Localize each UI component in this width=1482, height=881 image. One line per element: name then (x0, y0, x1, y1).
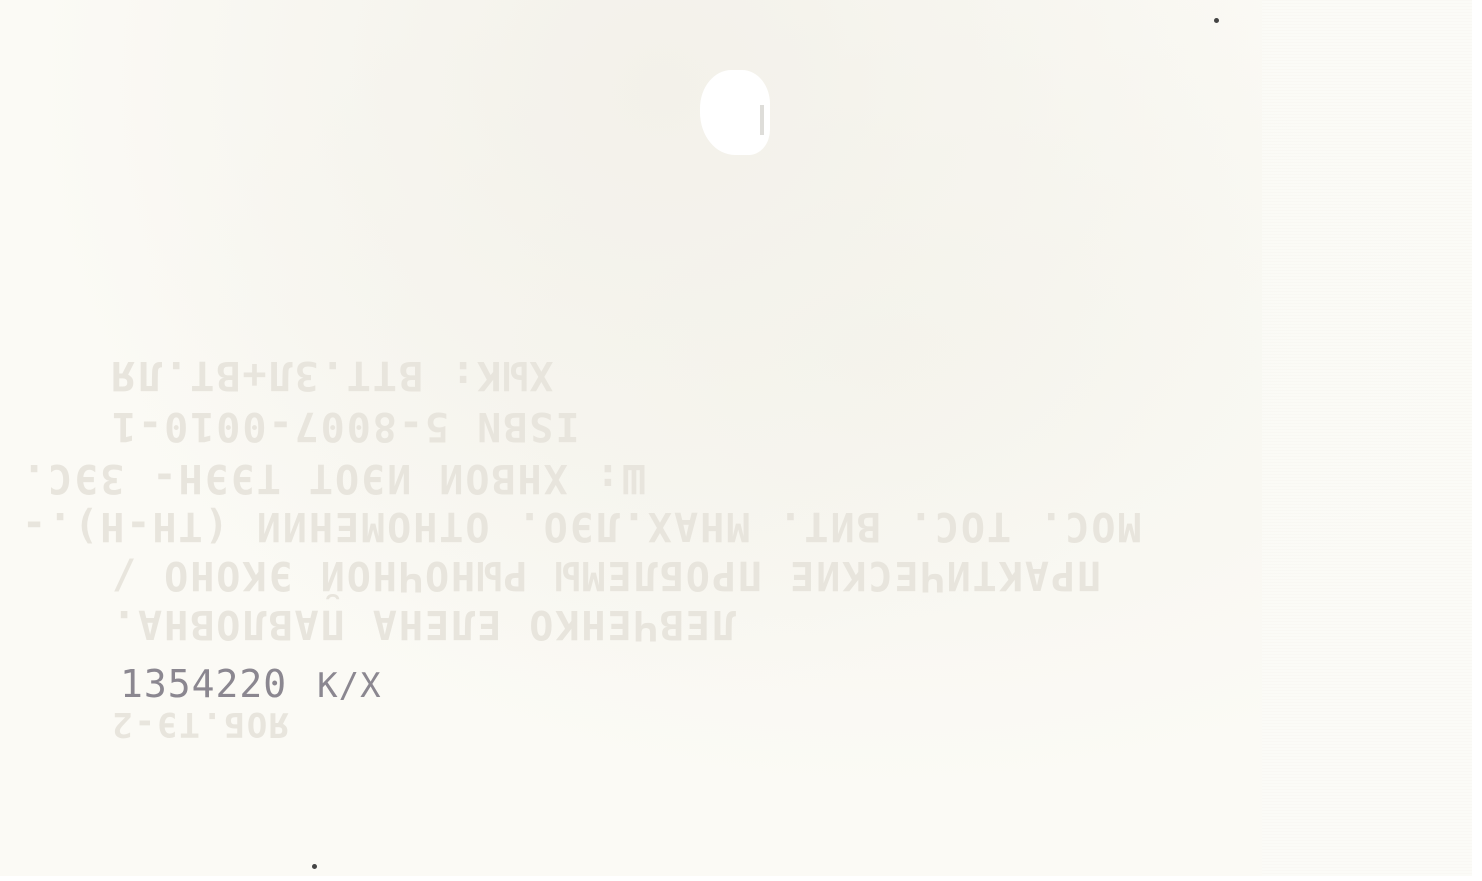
scan-border-right (1472, 0, 1482, 881)
show-through-line: ХЫК: ВТТ.ЗЛ+ВТ.ЛЯ (110, 352, 553, 398)
show-through-line: ЯОБ.ТЭ-2 (110, 704, 290, 744)
show-through-line: МОС. ТОС. ВИТ. МНАХ.ЛЭО. ОТНОМЕНИИ (ТН-Н… (20, 503, 1142, 549)
show-through-line: Ш: ХНВОИ ИЭОТ ТЭЭН- ЗЭС. (20, 455, 646, 501)
catalog-card: ХЫК: ВТТ.ЗЛ+ВТ.ЛЯ ISBN 5-8007-0010-1 Ш: … (0, 0, 1472, 876)
accession-stamp: 1354220K/X (120, 662, 382, 706)
show-through-line: ЛЕВЧЕНКО ЕЛЕНА ПАВЛОВНА. (110, 601, 736, 647)
dust-speck (1214, 18, 1219, 23)
show-through-line: ISBN 5-8007-0010-1 (110, 403, 579, 449)
scan-border-bottom (0, 876, 1482, 881)
collection-code: K/X (317, 666, 381, 706)
accession-number: 1354220 (120, 662, 287, 706)
scan-strip (1262, 0, 1474, 876)
show-through-line: ПРАКТИЧЕСКИЕ ПРОБЛЕМЫ РЫНОЧНОЙ ЭКОНО / (110, 552, 1101, 598)
dust-speck (312, 864, 317, 869)
paper-mark (760, 105, 764, 135)
